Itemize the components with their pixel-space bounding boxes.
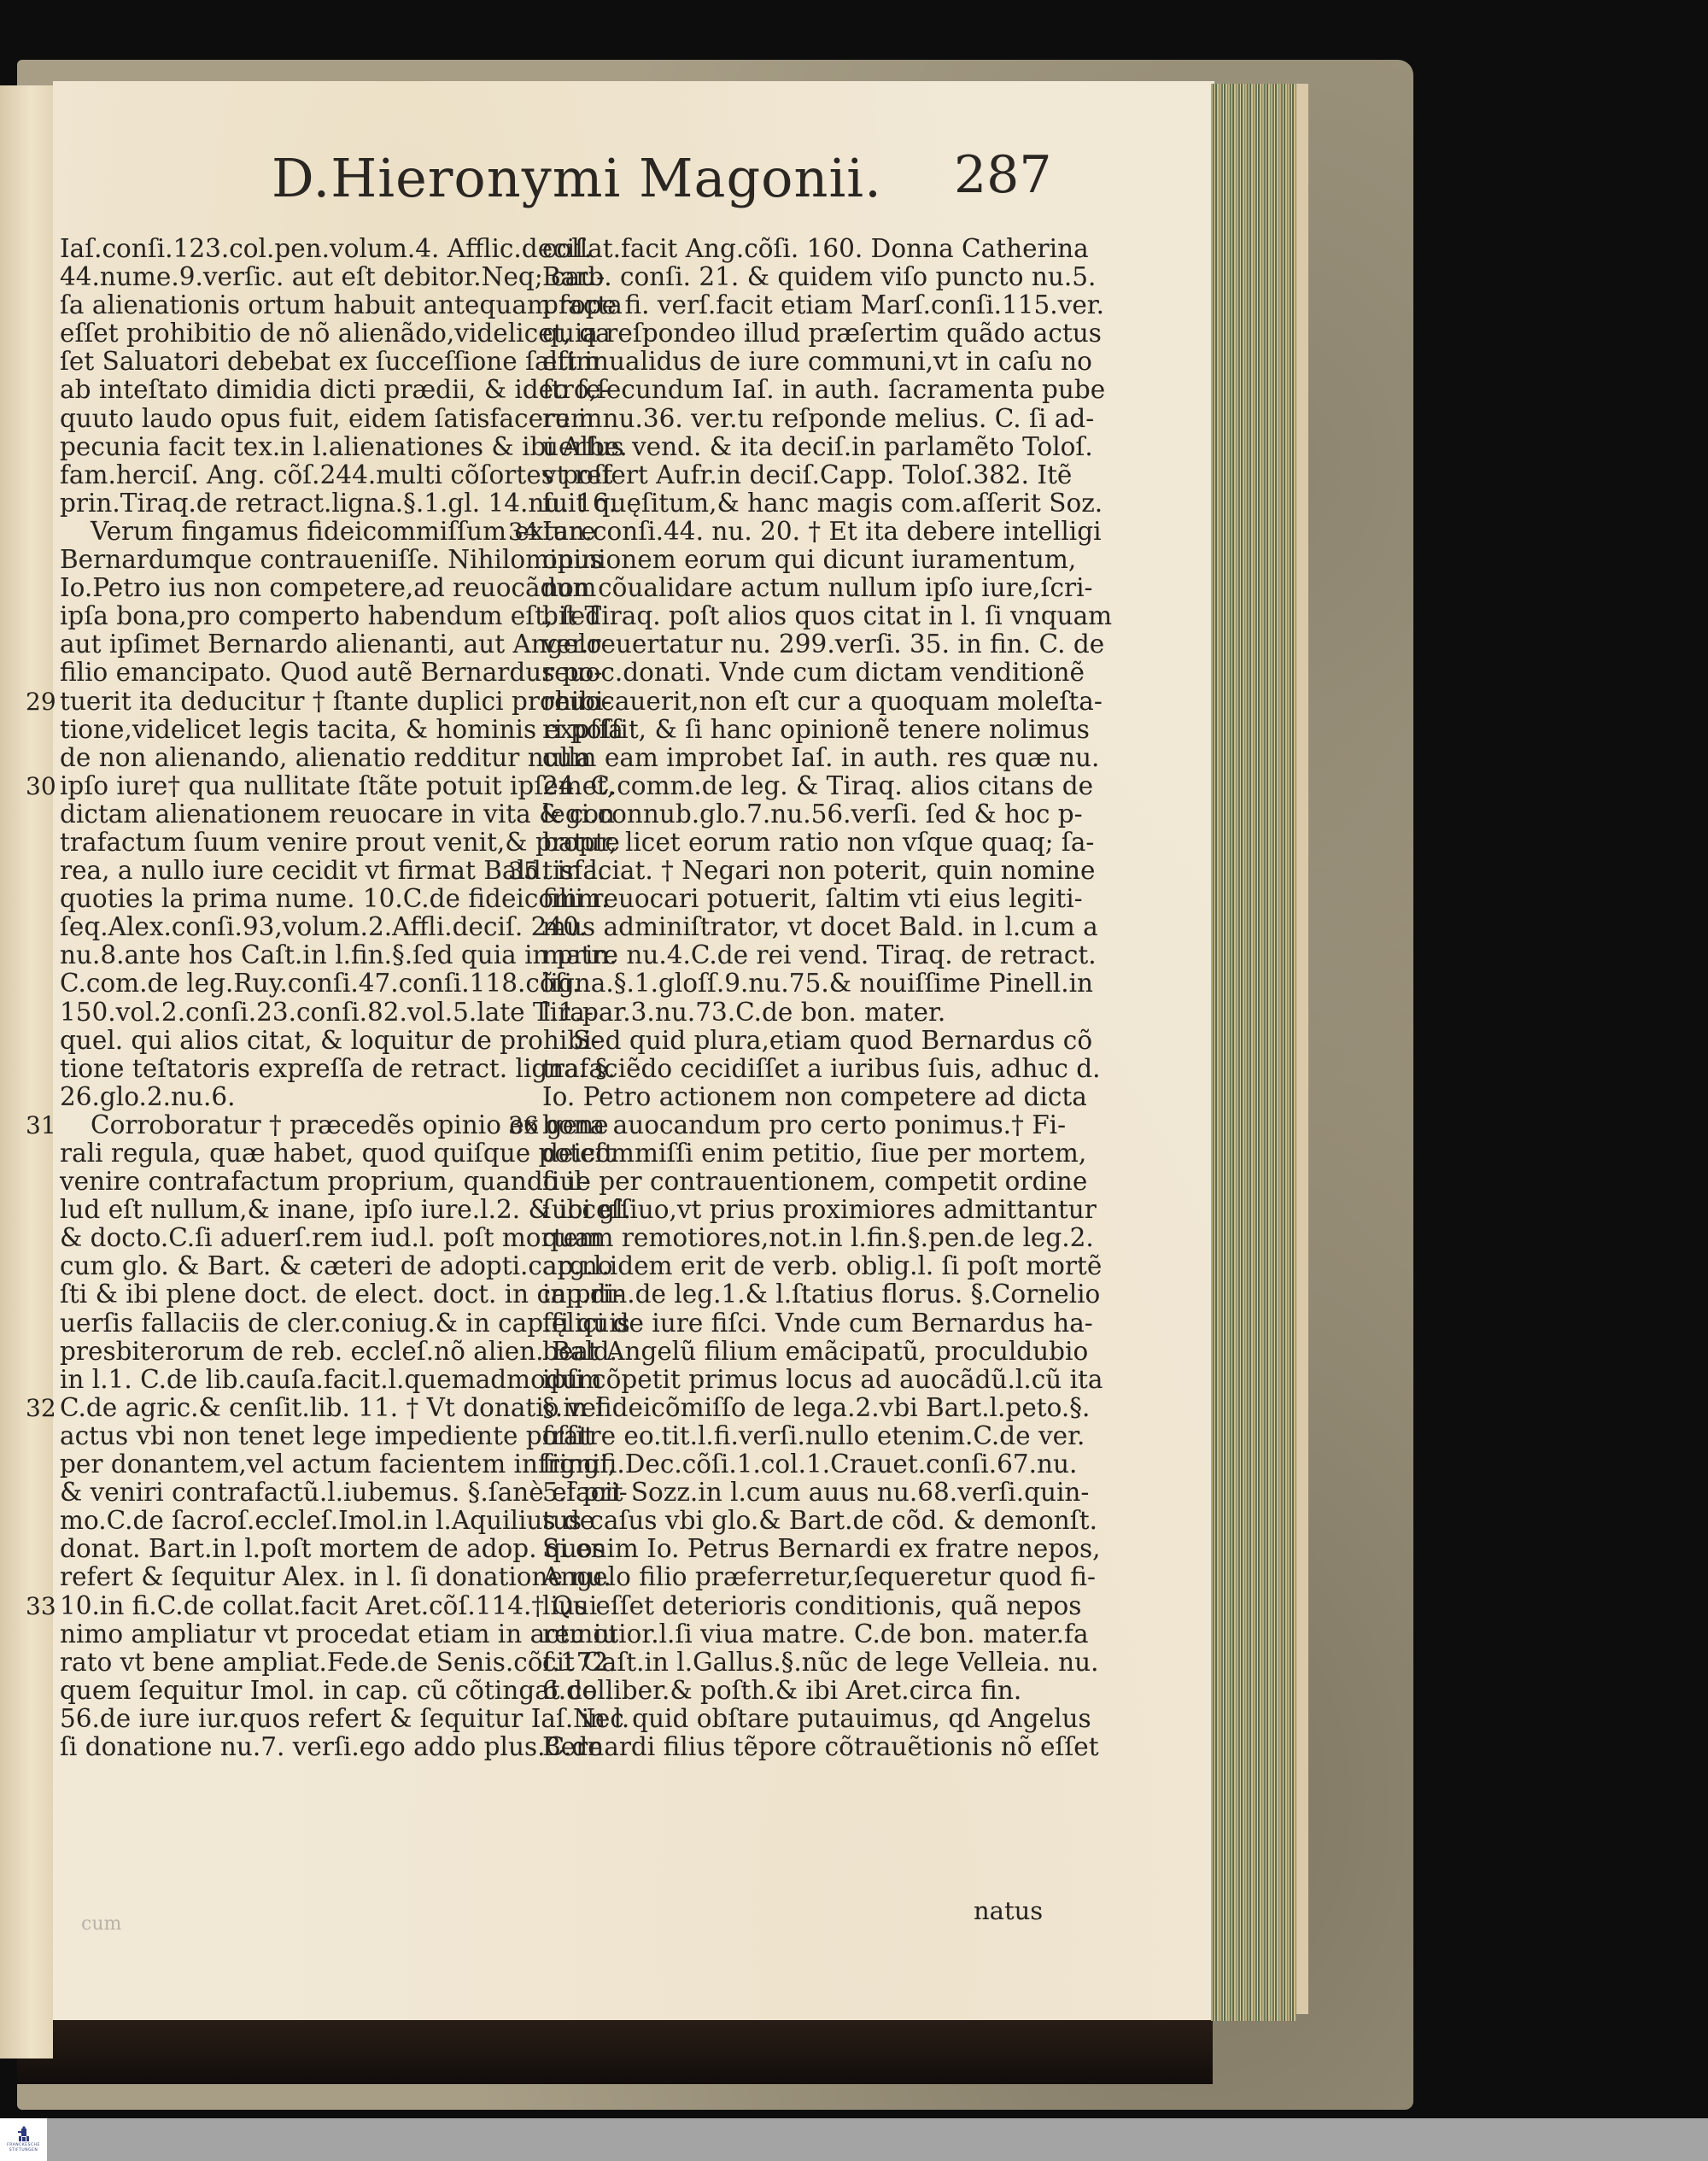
facing-page-edge [0,85,53,2059]
line-text: ri poſſit, & ſi hanc opinionẽ tenere nol… [542,716,1090,744]
text-line: vt refert Aufr.in deciſ.Capp. Toloſ.382.… [542,461,1029,489]
page-edge-margin [1296,84,1308,2014]
text-line: quam remotiores,not.in l.fin.§.pen.de le… [542,1224,1029,1252]
line-text: tus caſus vbi glo.& Bart.de cõd. & demon… [542,1507,1097,1535]
marginal-number: 32 [26,1394,56,1422]
text-line: Bernardi filius tẽpore cõtrauẽtionis nõ … [542,1733,1029,1761]
text-line: eſt inualidus de iure communi,vt in caſu… [542,348,1029,376]
page-number: 287 [954,145,1052,205]
line-text: 44.nume.9.verſic. aut eſt debitor.Neq; c… [60,263,605,291]
line-text: tione teſtatoris expreſſa de retract. li… [60,1055,616,1083]
line-text: mus adminiſtrator, vt docet Bald. in l.c… [542,913,1098,941]
text-line: ſucceſſiuo,vt prius proximiores admittan… [542,1196,1029,1224]
line-text: mo.C.de ſacroſ.eccleſ.Imol.in l.Aquilius… [60,1507,594,1535]
marginal-number: 34 [508,518,539,546]
line-text: quem ſequitur Imol. in cap. cũ cõtingat … [60,1677,613,1705]
text-line: ligna.§.1.gloſſ.9.nu.75.& nouiſſime Pine… [542,969,1029,998]
marginal-number: 33 [26,1592,56,1620]
line-text: 24. C.comm.de leg. & Tiraq. alios citans… [542,772,1093,800]
text-line: Io. Petro actionem non competere ad dict… [542,1083,1029,1111]
line-text: Bernardi filius tẽpore cõtrauẽtionis nõ … [542,1733,1099,1761]
marginal-number: 36 [508,1111,539,1139]
line-text: Bernardumque contraueniſſe. Nihilominus [60,546,603,574]
text-line: eſſet prohibitio de nõ alienãdo,videlice… [60,319,521,348]
line-text: filii reuocari potuerit, ſaltim vti eius… [542,885,1083,913]
line-text: §.in fideicõmiſſo de lega.2.vbi Bart.l.p… [542,1394,1090,1422]
text-line: filio emancipato. Quod autẽ Bernardus po… [60,659,521,687]
line-text: prope fi. verſ.facit etiam Marſ.conſi.11… [542,291,1104,319]
line-text: eſſet prohibitio de nõ alienãdo,videlice… [60,319,611,348]
text-line: uerſus vend. & ita deciſ.in parlamẽto To… [542,433,1029,461]
line-text: dictam alienationem reuocare in vita & c… [60,800,615,829]
line-text: ſti & ibi plene doct. de elect. doct. in… [60,1280,623,1309]
marginal-number: 29 [26,688,56,716]
line-text: cum eam improbet Iaſ. in auth. res quæ n… [542,744,1099,772]
text-line: beat Angelũ filium emãcipatũ, proculdubi… [542,1338,1029,1366]
text-line: 34Iun.conſi.44. nu. 20. † Et ita debere … [542,518,1029,546]
text-line: cit Caſt.in l.Gallus.§.nũc de lege Velle… [542,1649,1029,1677]
text-line: & veniri contrafactũ.l.iubemus. §.ſanè e… [60,1479,521,1507]
text-line: de non alienando, alienatio redditur nul… [60,744,521,772]
text-line: rum nu.36. ver.tu reſponde melius. C. ſi… [542,405,1029,433]
text-line: 3310.in fi.C.de collat.facit Aret.cõſ.11… [60,1592,521,1620]
text-line: dictam alienationem reuocare in vita & c… [60,800,521,829]
line-text: filio emancipato. Quod autẽ Bernardus po… [60,659,602,687]
text-line: Barb. conſi. 21. & quidem viſo puncto nu… [542,263,1029,291]
text-line: C.com.de leg.Ruy.conſi.47.conſi.118.cõſi… [60,969,521,998]
text-line: reuoc.donati. Vnde cum dictam venditionẽ [542,659,1029,687]
marginal-number: 35 [508,857,539,885]
text-line: ſiue per contrauentionem, competit ordin… [542,1168,1029,1196]
text-line: 6.de liber.& poſth.& ibi Aret.circa fin. [542,1677,1029,1705]
line-text: Io. Petro actionem non competere ad dict… [542,1083,1087,1111]
text-line: donat. Bart.in l.poſt mortem de adop. qu… [60,1535,521,1563]
line-text: bit Tiraq. poſt alios quos citat in l. ſ… [542,602,1112,630]
line-text: quoties la prima nume. 10.C.de fideicomm… [60,885,609,913]
line-text: venire contrafactum proprium, quando il- [60,1168,591,1196]
line-text: 150.vol.2.conſi.23.conſi.82.vol.5.late T… [60,999,594,1027]
line-text: 26.glo.2.nu.6. [60,1083,236,1111]
show-through-text: cum [81,1913,121,1935]
line-text: quel. qui alios citat, & loquitur de pro… [60,1027,600,1055]
line-text: cit Caſt.in l.Gallus.§.nũc de lege Velle… [542,1649,1099,1677]
logo-text-line2: STIFTUNGEN [9,2148,38,2153]
line-text: quia reſpondeo illud præſertim quãdo act… [542,319,1102,348]
text-line: ſet Saluatori debebat ex ſucceſſione ſal… [60,348,521,376]
line-text: ver.reuertatur nu. 299.verſi. 35. in fin… [542,630,1104,659]
line-text: rum nu.36. ver.tu reſponde melius. C. ſi… [542,405,1094,433]
line-text: deicommiſſi enim petitio, ſiue per morte… [542,1139,1086,1168]
text-line: ipſi cõpetit primus locus ad auocãdũ.l.c… [542,1366,1029,1394]
cover-shadow [17,2016,1213,2084]
text-line: 30ipſo iure† qua nullitate ſtãte potuit … [60,772,521,800]
line-text: bona auocandum pro certo ponimus.† Fi- [542,1111,1066,1139]
text-line: filii reuocari potuerit, ſaltim vti eius… [542,885,1029,913]
line-text: ſi donatione nu.7. verſi.ego addo plus.C… [60,1733,603,1761]
text-line: mo.C.de ſacroſ.eccleſ.Imol.in l.Aquilius… [60,1507,521,1535]
line-text: & docto.C.ſi aduerſ.rem iud.l. poſt mort… [60,1224,602,1252]
line-text: cum glo. & Bart. & cæteri de adopti.cap.… [60,1252,613,1280]
founder-statue-icon [17,2126,31,2143]
line-text: reuocauerit,non eſt cur a quoquam moleſt… [542,688,1103,716]
text-line: prin.Tiraq.de retract.ligna.§.1.gl. 14.n… [60,489,521,518]
line-text: rali regula, quæ habet, quod quiſque pot… [60,1139,614,1168]
text-line: legi.connub.glo.7.nu.56.verſi. ſed & hoc… [542,800,1029,829]
text-line: quia reſpondeo illud præſertim quãdo act… [542,319,1029,348]
line-text: Barb. conſi. 21. & quidem viſo puncto nu… [542,263,1096,291]
marginal-number: 31 [26,1111,56,1139]
line-text: presbiterorum de reb. eccleſ.nõ alien. B… [60,1338,617,1366]
text-line: deicommiſſi enim petitio, ſiue per morte… [542,1139,1029,1168]
line-text: aut ipſimet Bernardo alienanti, aut Ange… [60,630,601,659]
line-text: ſucceſſiuo,vt prius proximiores admittan… [542,1196,1097,1224]
line-text: C.com.de leg.Ruy.conſi.47.conſi.118.cõſi… [60,969,580,998]
text-line: lud eſt nullum,& inane, ipſo iure.l.2. &… [60,1196,521,1224]
text-line: Nec quid obſtare putauimus, qd Angelus [542,1705,1029,1733]
line-text: tisfaciat. † Negari non poterit, quin no… [542,857,1095,885]
text-line: matre nu.4.C.de rei vend. Tiraq. de retr… [542,941,1029,969]
line-text: matre nu.4.C.de rei vend. Tiraq. de retr… [542,941,1097,969]
text-line: tione,videlicet legis tacita, & hominis … [60,716,521,744]
text-line: 150.vol.2.conſi.23.conſi.82.vol.5.late T… [60,999,521,1027]
line-text: ipſo iure† qua nullitate ſtãte potuit ip… [60,772,615,800]
text-line: nimo ampliatur vt procedat etiam in actu… [60,1620,521,1649]
text-line: quem ſequitur Imol. in cap. cũ cõtingat … [60,1677,521,1705]
line-text: tione,videlicet legis tacita, & hominis … [60,716,623,744]
line-text: ab inteſtato dimidia dicti prædii, & ide… [60,376,610,404]
text-line: bit Tiraq. poſt alios quos citat in l. ſ… [542,602,1029,630]
left-column: Iaſ.conſi.123.col.pen.volum.4. Afflic.de… [60,235,521,1761]
text-line: Angelo filio præferretur,ſequeretur quod… [542,1563,1029,1591]
text-line: prope fi. verſ.facit etiam Marſ.conſi.11… [542,291,1029,319]
text-line: refert & ſequitur Alex. in l. ſi donatio… [60,1563,521,1591]
line-text: Iaſ.conſi.123.col.pen.volum.4. Afflic.de… [60,235,592,263]
text-line: fuit quęſitum,& hanc magis com.aſſerit S… [542,489,1029,518]
line-text: collat.facit Ang.cõſi. 160. Donna Cather… [542,235,1089,263]
text-line: in l.1. C.de lib.cauſa.facit.l.quemadmod… [60,1366,521,1394]
line-text: Io.Petro ius non competere,ad reuocãdum [60,574,596,602]
text-line: Iaſ.conſi.123.col.pen.volum.4. Afflic.de… [60,235,521,263]
text-line: cum eam improbet Iaſ. in auth. res quæ n… [542,744,1029,772]
line-text: remotior.l.ſi viua matre. C.de bon. mate… [542,1620,1089,1649]
line-text: ſignifi.Dec.cõſi.1.col.1.Crauet.conſi.67… [542,1450,1077,1479]
text-line: presbiterorum de reb. eccleſ.nõ alien. B… [60,1338,521,1366]
line-text: in prin.de leg.1.& l.ſtatius florus. §.C… [542,1280,1100,1309]
text-line: ſeq.Alex.conſi.93,volum.2.Affli.deciſ. 2… [60,913,521,941]
running-title: D.Hieronymi Magonii. [272,147,882,209]
line-text: uerſus vend. & ita deciſ.in parlamẽto To… [542,433,1093,461]
line-text: Si enim Io. Petrus Bernardi ex fratre ne… [542,1535,1100,1563]
text-line: batur, licet eorum ratio non vſque quaq;… [542,829,1029,857]
line-text: fam.herciſ. Ang. cõſ.244.multi cõſortes … [60,461,613,489]
text-line: reuocauerit,non eſt cur a quoquam moleſt… [542,688,1029,716]
text-line: quuto laudo opus fuit, eidem ſatisfacere… [60,405,521,433]
line-text: Nec quid obſtare putauimus, qd Angelus [573,1705,1091,1733]
text-line: fratre eo.tit.l.fi.verſi.nullo etenim.C.… [542,1422,1029,1450]
text-line: Io.Petro ius non competere,ad reuocãdum [60,574,521,602]
text-line: Bernardumque contraueniſſe. Nihilominus [60,546,521,574]
line-text: actus vbi non tenet lege impediente poſſ… [60,1422,594,1450]
text-line: nu.8.ante hos Caſt.in l.fin.§.ſed quia i… [60,941,521,969]
text-line: trafaciẽdo cecidiſſet a iuribus ſuis, ad… [542,1055,1029,1083]
text-line: mus adminiſtrator, vt docet Bald. in l.c… [542,913,1029,941]
francke-foundation-logo: FRANCKESCHE STIFTUNGEN [0,2118,47,2161]
text-line: Verum fingamus fideicommiſſum extare [60,518,521,546]
line-text: quuto laudo opus fuit, eidem ſatisfacere… [60,405,602,433]
text-line: ipſa bona,pro comperto habendum eſt, ſed [60,602,521,630]
line-text: 10.in fi.C.de collat.facit Aret.cõſ.114.… [60,1592,597,1620]
line-text: nu.8.ante hos Caſt.in l.fin.§.ſed quia i… [60,941,617,969]
text-line: cum glo. & Bart. & cæteri de adopti.cap.… [60,1252,521,1280]
catchword: natus [974,1896,1043,1925]
text-line: ſi donatione nu.7. verſi.ego addo plus.C… [60,1733,521,1761]
text-line: 31Corroboratur † præcedẽs opinio ex gene [60,1111,521,1139]
line-text: non cõualidare actum nullum ipſo iure,ſc… [542,574,1093,602]
line-text: eſt inualidus de iure communi,vt in caſu… [542,348,1092,376]
line-text: nimo ampliatur vt procedat etiam in actu… [60,1620,617,1649]
text-line: ri poſſit, & ſi hanc opinionẽ tenere nol… [542,716,1029,744]
line-text: opinionem eorum qui dicunt iuramentum, [542,546,1076,574]
text-line: & docto.C.ſi aduerſ.rem iud.l. poſt mort… [60,1224,521,1252]
line-text: tuerit ita deducitur † ſtante duplici pr… [60,688,611,716]
text-line: 26.glo.2.nu.6. [60,1083,521,1111]
text-line: §.in fideicõmiſſo de lega.2.vbi Bart.l.p… [542,1394,1029,1422]
line-text: prin.Tiraq.de retract.ligna.§.1.gl. 14.n… [60,489,617,518]
text-line: 36bona auocandum pro certo ponimus.† Fi- [542,1111,1029,1139]
line-text: 6.de liber.& poſth.& ibi Aret.circa fin. [542,1677,1021,1705]
marginal-number: 30 [26,772,56,800]
text-line: 32C.de agric.& cenſit.lib. 11. † Vt dona… [60,1394,521,1422]
text-line: arg.l.idem erit de verb. oblig.l. ſi poſ… [542,1252,1029,1280]
right-column: collat.facit Ang.cõſi. 160. Donna Cather… [542,235,1029,1761]
text-line: fam.herciſ. Ang. cõſ.244.multi cõſortes … [60,461,521,489]
line-text: de non alienando, alienatio redditur nul… [60,744,591,772]
line-text: fratre eo.tit.l.fi.verſi.nullo etenim.C.… [542,1422,1085,1450]
text-line: rali regula, quæ habet, quod quiſque pot… [60,1139,521,1168]
line-text: quam remotiores,not.in l.fin.§.pen.de le… [542,1224,1094,1252]
line-text: donat. Bart.in l.poſt mortem de adop. qu… [60,1535,605,1563]
line-text: beat Angelũ filium emãcipatũ, proculdubi… [542,1338,1088,1366]
text-line: per donantem,vel actum facientem infring… [60,1450,521,1479]
line-text: trafactum ſuum venire prout venit,& prop… [60,829,620,857]
line-text: l.1.par.3.nu.73.C.de bon. mater. [542,999,945,1027]
line-text: per donantem,vel actum facientem infring… [60,1450,616,1479]
text-line: ſignifi.Dec.cõſi.1.col.1.Crauet.conſi.67… [542,1450,1029,1479]
text-line: tus caſus vbi glo.& Bart.de cõd. & demon… [542,1507,1029,1535]
text-line: trafactum ſuum venire prout venit,& prop… [60,829,521,857]
line-text: vt refert Aufr.in deciſ.Capp. Toloſ.382.… [542,461,1072,489]
line-text: arg.l.idem erit de verb. oblig.l. ſi poſ… [542,1252,1102,1280]
line-text: ipſa bona,pro comperto habendum eſt, ſed [60,602,601,630]
text-line: 35tisfaciat. † Negari non poterit, quin … [542,857,1029,885]
text-line: in prin.de leg.1.& l.ſtatius florus. §.C… [542,1280,1029,1309]
line-text: 5.facit Sozz.in l.cum auus nu.68.verſi.q… [542,1479,1089,1507]
text-line: ab inteſtato dimidia dicti prædii, & ide… [60,376,521,404]
text-line: opinionem eorum qui dicunt iuramentum, [542,546,1029,574]
line-text: ligna.§.1.gloſſ.9.nu.75.& nouiſſime Pine… [542,969,1093,998]
text-line: pecunia facit tex.in l.alienationes & ib… [60,433,521,461]
text-line: venire contrafactum proprium, quando il- [60,1168,521,1196]
text-line: ſtro,ſecundum Iaſ. in auth. ſacramenta p… [542,376,1029,404]
text-line: quel. qui alios citat, & loquitur de pro… [60,1027,521,1055]
text-line: ver.reuertatur nu. 299.verſi. 35. in fin… [542,630,1029,659]
line-text: ſa alienationis ortum habuit antequam fa… [60,291,623,319]
line-text: ſtro,ſecundum Iaſ. in auth. ſacramenta p… [542,376,1105,404]
text-line: non cõualidare actum nullum ipſo iure,ſc… [542,574,1029,602]
line-text: ipſi cõpetit primus locus ad auocãdũ.l.c… [542,1366,1103,1394]
text-line: rato vt bene ampliat.Fede.de Senis.cõſ.1… [60,1649,521,1677]
line-text: Iun.conſi.44. nu. 20. † Et ita debere in… [542,518,1102,546]
text-line: 44.nume.9.verſic. aut eſt debitor.Neq; c… [60,263,521,291]
line-text: reuoc.donati. Vnde cum dictam venditionẽ [542,659,1085,687]
text-line: fęlici de iure fiſci. Vnde cum Bernardus… [542,1309,1029,1338]
text-line: l.1.par.3.nu.73.C.de bon. mater. [542,999,1029,1027]
text-line: remotior.l.ſi viua matre. C.de bon. mate… [542,1620,1029,1649]
text-line: quoties la prima nume. 10.C.de fideicomm… [60,885,521,913]
line-text: fuit quęſitum,& hanc magis com.aſſerit S… [542,489,1103,518]
line-text: ſet Saluatori debebat ex ſucceſſione ſal… [60,348,600,376]
text-line: collat.facit Ang.cõſi. 160. Donna Cather… [542,235,1029,263]
text-line: ſa alienationis ortum habuit antequam fa… [60,291,521,319]
line-text: Angelo filio præferretur,ſequeretur quod… [542,1563,1096,1591]
text-line: actus vbi non tenet lege impediente poſſ… [60,1422,521,1450]
line-text: trafaciẽdo cecidiſſet a iuribus ſuis, ad… [542,1055,1100,1083]
line-text: rato vt bene ampliat.Fede.de Senis.cõſ.1… [60,1649,617,1677]
viewer-bottom-bar [0,2118,1708,2161]
text-line: 5.facit Sozz.in l.cum auus nu.68.verſi.q… [542,1479,1029,1507]
line-text: Sed quid plura,etiam quod Bernardus cõ [573,1027,1092,1055]
line-text: ſeq.Alex.conſi.93,volum.2.Affli.deciſ. 2… [60,913,587,941]
text-line: ſti & ibi plene doct. de elect. doct. in… [60,1280,521,1309]
text-line: Sed quid plura,etiam quod Bernardus cõ [542,1027,1029,1055]
text-line: aut ipſimet Bernardo alienanti, aut Ange… [60,630,521,659]
line-text: fęlici de iure fiſci. Vnde cum Bernardus… [542,1309,1093,1338]
text-line: 24. C.comm.de leg. & Tiraq. alios citans… [542,772,1029,800]
line-text: batur, licet eorum ratio non vſque quaq;… [542,829,1094,857]
line-text: legi.connub.glo.7.nu.56.verſi. ſed & hoc… [542,800,1083,829]
text-line: lius eſſet deterioris conditionis, quã n… [542,1592,1029,1620]
text-line: 56.de iure iur.quos refert & ſequitur Ia… [60,1705,521,1733]
page-edges [1211,84,1296,2021]
line-text: C.de agric.& cenſit.lib. 11. † Vt donati… [60,1394,604,1422]
text-line: 29tuerit ita deducitur † ſtante duplici … [60,688,521,716]
line-text: refert & ſequitur Alex. in l. ſi donatio… [60,1563,611,1591]
text-line: tione teſtatoris expreſſa de retract. li… [60,1055,521,1083]
text-line: rea, a nullo iure cecidit vt firmat Bald… [60,857,521,885]
text-line: Si enim Io. Petrus Bernardi ex fratre ne… [542,1535,1029,1563]
line-text: ſiue per contrauentionem, competit ordin… [542,1168,1087,1196]
line-text: lius eſſet deterioris conditionis, quã n… [542,1592,1081,1620]
line-text: in l.1. C.de lib.cauſa.facit.l.quemadmod… [60,1366,602,1394]
text-line: uerſis fallaciis de cler.coniug.& in cap… [60,1309,521,1338]
